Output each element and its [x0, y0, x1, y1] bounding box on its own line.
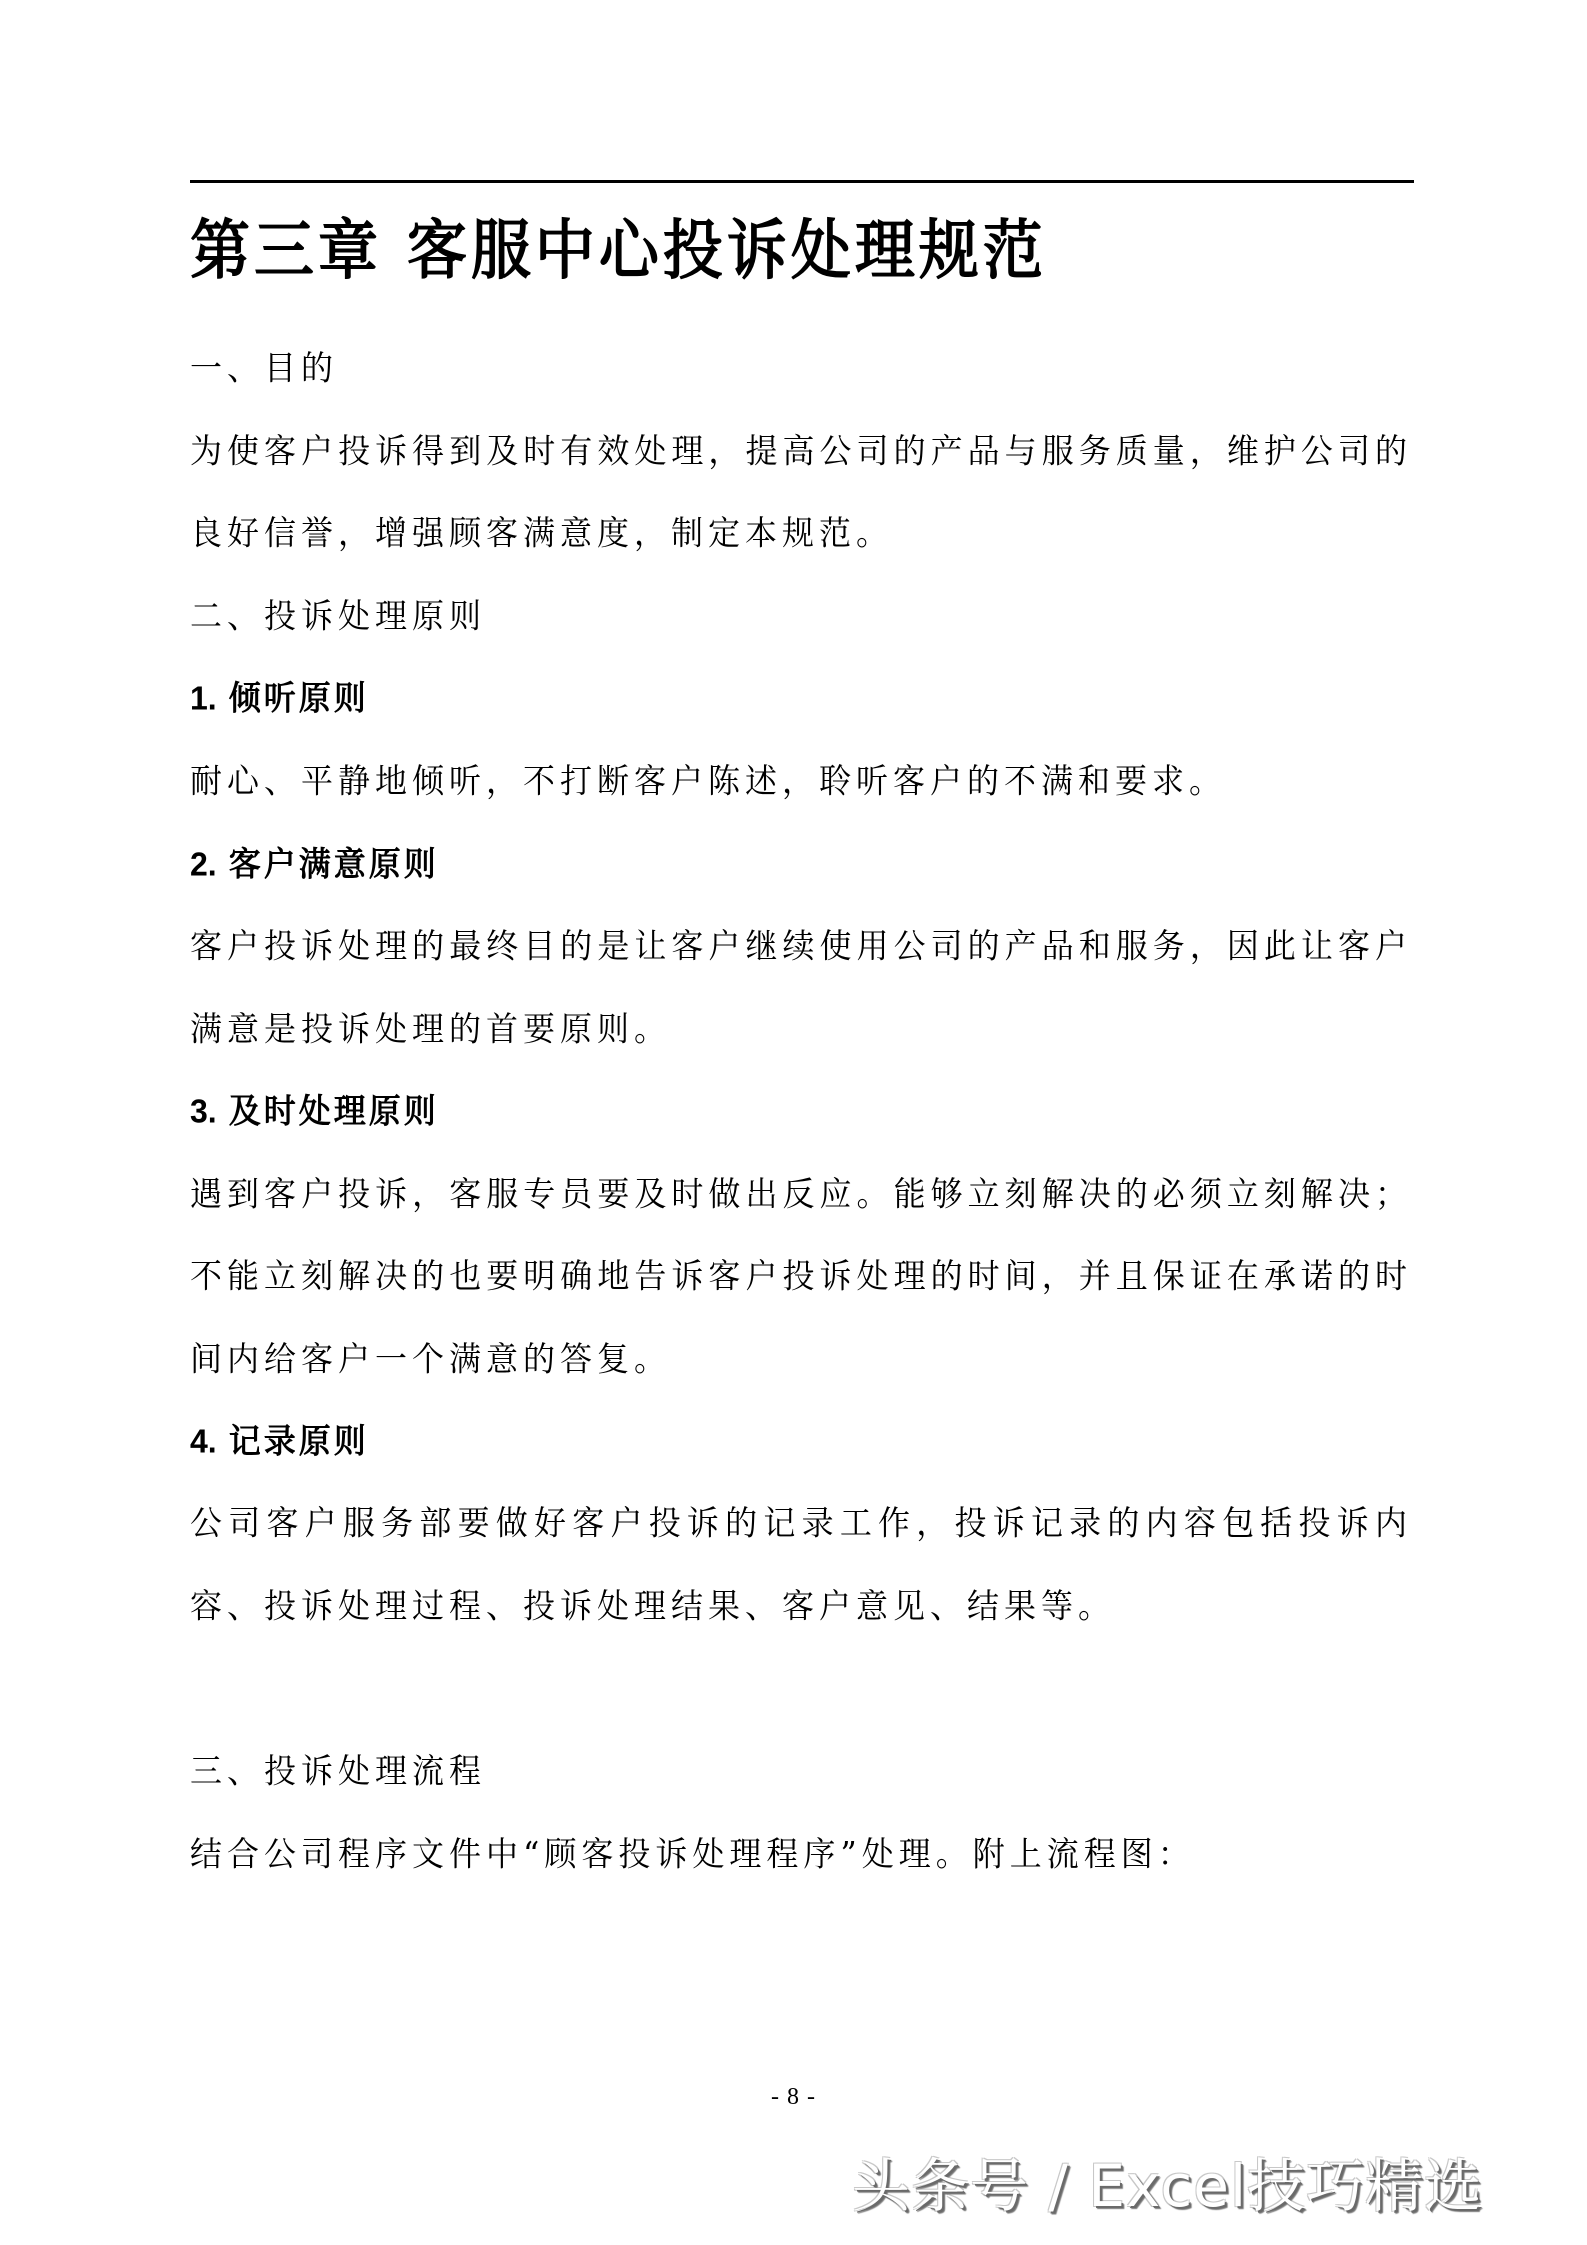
- paragraph-line: 结合公司程序文件中“顾客投诉处理程序”处理。附上流程图：: [190, 1831, 1412, 1877]
- section-heading-principles: 二、投诉处理原则: [190, 593, 1412, 639]
- paragraph-line: 耐心、平静地倾听，不打断客户陈述，聆听客户的不满和要求。: [190, 758, 1412, 804]
- paragraph-line: 满意是投诉处理的首要原则。: [190, 1006, 1412, 1052]
- principle-heading-listening: 1.倾听原则: [190, 675, 1412, 721]
- principle-number: 4.: [190, 1422, 217, 1460]
- chapter-title: 第三章 客服中心投诉处理规范: [190, 210, 1047, 292]
- principle-number: 1.: [190, 679, 217, 717]
- principle-title: 记录原则: [229, 1421, 369, 1461]
- principle-heading-satisfaction: 2.客户满意原则: [190, 841, 1412, 887]
- principle-title: 客户满意原则: [229, 844, 439, 884]
- paragraph-line: 公司客户服务部要做好客户投诉的记录工作，投诉记录的内容包括投诉内: [190, 1500, 1412, 1546]
- section-heading-process: 三、投诉处理流程: [190, 1748, 1412, 1794]
- principle-number: 3.: [190, 1092, 217, 1130]
- header-rule: [190, 180, 1414, 183]
- paragraph-line: 不能立刻解决的也要明确地告诉客户投诉处理的时间，并且保证在承诺的时: [190, 1253, 1412, 1299]
- principle-number: 2.: [190, 845, 217, 883]
- principle-heading-timely: 3.及时处理原则: [190, 1088, 1412, 1134]
- paragraph-line: 容、投诉处理过程、投诉处理结果、客户意见、结果等。: [190, 1583, 1412, 1629]
- section-heading-purpose: 一、目的: [190, 345, 1412, 391]
- paragraph-line: 为使客户投诉得到及时有效处理，提高公司的产品与服务质量，维护公司的: [190, 428, 1412, 474]
- watermark: 头条号 / Excel技巧精选: [852, 2150, 1483, 2222]
- page-number: - 8 -: [0, 2082, 1587, 2112]
- paragraph-line: 客户投诉处理的最终目的是让客户继续使用公司的产品和服务，因此让客户: [190, 923, 1412, 969]
- paragraph-line: 遇到客户投诉，客服专员要及时做出反应。能够立刻解决的必须立刻解决；: [190, 1171, 1412, 1217]
- paragraph-line: 间内给客户一个满意的答复。: [190, 1336, 1412, 1382]
- principle-heading-record: 4.记录原则: [190, 1418, 1412, 1464]
- principle-title: 及时处理原则: [229, 1091, 439, 1131]
- document-page: 第三章 客服中心投诉处理规范 一、目的 为使客户投诉得到及时有效处理，提高公司的…: [0, 0, 1587, 2245]
- paragraph-line: 良好信誉，增强顾客满意度，制定本规范。: [190, 510, 1412, 556]
- principle-title: 倾听原则: [229, 678, 369, 718]
